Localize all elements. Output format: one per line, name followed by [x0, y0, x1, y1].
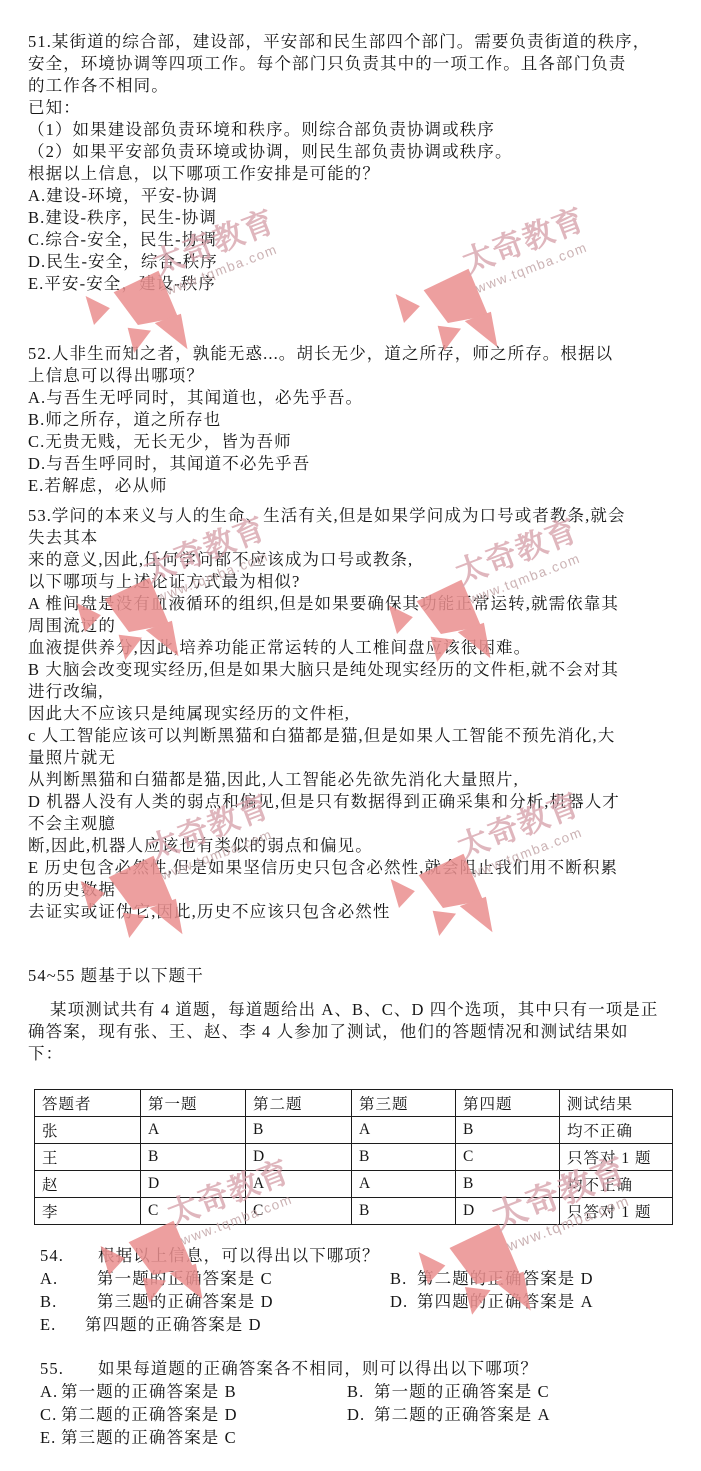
option-line: D.民生-安全，综合-秩序: [28, 251, 678, 273]
intro-line: 下：: [28, 1043, 678, 1065]
option-row: B.第三题的正确答案是 DD.第四题的正确答案是 A: [28, 1290, 678, 1313]
table-cell: B: [352, 1144, 456, 1171]
text-line: B 大脑会改变现实经历,但是如果大脑只是纯处现实经历的文件柜,就不会对其: [28, 659, 678, 681]
option-label: C.: [40, 1403, 61, 1426]
option-label: A.: [40, 1267, 97, 1290]
exam-page: 51.某街道的综合部，建设部，平安部和民生部四个部门。需要负责街道的秩序，安全，…: [0, 0, 701, 1471]
text-line: 失去其本: [28, 527, 678, 549]
option-line: B.建设-秩序，民生-协调: [28, 207, 678, 229]
table-cell: 赵: [35, 1171, 141, 1198]
text-line: 的历史数据: [28, 879, 678, 901]
option-line: A.与吾生无呼同时，其闻道也，必先乎吾。: [28, 387, 678, 409]
table-cell: B: [456, 1117, 560, 1144]
stem-line: （1）如果建设部负责环境和秩序。则综合部负责协调或秩序: [28, 119, 678, 141]
table-header-cell: 第一题: [141, 1090, 246, 1117]
option-line: D.与吾生呼同时，其闻道不必先乎吾: [28, 453, 678, 475]
table-cell: C: [141, 1198, 246, 1225]
question-number: 55.: [40, 1357, 98, 1380]
table-cell: B: [456, 1171, 560, 1198]
stem-line: 上信息可以得出哪项？: [28, 365, 678, 387]
stem-line: 52.人非生而知之者，孰能无惑...。胡长无少，道之所存，师之所存。根据以: [28, 343, 678, 365]
table-cell: 张: [35, 1117, 141, 1144]
table-row: 王BDBC只答对 1 题: [35, 1144, 673, 1171]
text-line: 断,因此,机器人应该也有类似的弱点和偏见。: [28, 835, 678, 857]
table-cell: 王: [35, 1144, 141, 1171]
question-54: 54.根据以上信息，可以得出以下哪项？A.第一题的正确答案是 CB.第二题的正确…: [28, 1244, 678, 1336]
table-row: 赵DAAB均不正确: [35, 1171, 673, 1198]
text-line: 来的意义,因此,任何学问都不应该成为口号或教条,: [28, 549, 678, 571]
table-cell: A: [352, 1117, 456, 1144]
table-header-cell: 答题者: [35, 1090, 141, 1117]
question-55: 55.如果每道题的正确答案各不相同，则可以得出以下哪项？A.第一题的正确答案是 …: [28, 1357, 678, 1449]
text-line: c 人工智能应该可以判断黑猫和白猫都是猫,但是如果人工智能不预先消化,大: [28, 725, 678, 747]
table-cell: A: [352, 1171, 456, 1198]
table-cell: D: [246, 1144, 352, 1171]
stem-line: 51.某街道的综合部，建设部，平安部和民生部四个部门。需要负责街道的秩序，: [28, 31, 678, 53]
text-line: A 椎间盘是没有血液循环的组织,但是如果要确保其功能正常运转,就需依靠其: [28, 593, 678, 615]
option-text: 第二题的正确答案是 D: [61, 1405, 238, 1424]
table-row: 张ABAB均不正确: [35, 1117, 673, 1144]
intro-line: 某项测试共有 4 道题，每道题给出 A、B、C、D 四个选项，其中只有一项是正: [28, 999, 678, 1021]
option-label: D.: [390, 1290, 417, 1313]
table-cell: 均不正确: [560, 1117, 673, 1144]
answers-table: 答题者第一题第二题第三题第四题测试结果张ABAB均不正确王BDBC只答对 1 题…: [34, 1089, 673, 1225]
text-line: 53.学问的本来义与人的生命、生活有关,但是如果学问成为口号或者教条,就会: [28, 505, 678, 527]
section-54-55-intro: 某项测试共有 4 道题，每道题给出 A、B、C、D 四个选项，其中只有一项是正确…: [28, 999, 678, 1065]
option-right-column: D.第四题的正确答案是 A: [390, 1290, 594, 1313]
question-53: 53.学问的本来义与人的生命、生活有关,但是如果学问成为口号或者教条,就会失去其…: [28, 505, 678, 923]
table-cell: A: [141, 1117, 246, 1144]
option-row: E.第四题的正确答案是 D: [28, 1313, 678, 1336]
option-text: 第一题的正确答案是 B: [61, 1382, 237, 1401]
option-label: B.: [347, 1380, 374, 1403]
question-stem-text: 如果每道题的正确答案各不相同，则可以得出以下哪项？: [98, 1359, 538, 1378]
option-row: E.第三题的正确答案是 C: [28, 1426, 678, 1449]
option-line: E.平安-安全，建设-秩序: [28, 273, 678, 295]
table-cell: B: [352, 1198, 456, 1225]
table-cell: D: [456, 1198, 560, 1225]
stem-line: （2）如果平安部负责环境或协调，则民生部负责协调或秩序。: [28, 141, 678, 163]
section-54-55-heading: 54~55 题基于以下题干: [28, 965, 678, 987]
stem-line: 的工作各不相同。: [28, 75, 678, 97]
text-line: 去证实或证伪它,因此,历史不应该只包含必然性: [28, 901, 678, 923]
table-cell: D: [141, 1171, 246, 1198]
table-header-cell: 第四题: [456, 1090, 560, 1117]
table-cell: B: [246, 1117, 352, 1144]
table-cell: 李: [35, 1198, 141, 1225]
stem-line: 55.如果每道题的正确答案各不相同，则可以得出以下哪项？: [28, 1357, 678, 1380]
option-text: 第四题的正确答案是 A: [417, 1292, 594, 1311]
option-text: 第一题的正确答案是 C: [374, 1382, 550, 1401]
table-cell: 只答对 1 题: [560, 1144, 673, 1171]
exam-content: 51.某街道的综合部，建设部，平安部和民生部四个部门。需要负责街道的秩序，安全，…: [28, 0, 678, 1449]
option-row: A.第一题的正确答案是 BB.第一题的正确答案是 C: [28, 1380, 678, 1403]
question-stem-text: 根据以上信息，可以得出以下哪项？: [98, 1246, 380, 1265]
table-cell: C: [246, 1198, 352, 1225]
option-label: A.: [40, 1380, 61, 1403]
table-cell: B: [141, 1144, 246, 1171]
question-51: 51.某街道的综合部，建设部，平安部和民生部四个部门。需要负责街道的秩序，安全，…: [28, 31, 678, 295]
table-header-row: 答题者第一题第二题第三题第四题测试结果: [35, 1090, 673, 1117]
stem-line: 安全，环境协调等四项工作。每个部门只负责其中的一项工作。且各部门负责: [28, 53, 678, 75]
answers-table-wrap: 答题者第一题第二题第三题第四题测试结果张ABAB均不正确王BDBC只答对 1 题…: [34, 1089, 678, 1225]
option-text: 第三题的正确答案是 C: [61, 1428, 237, 1447]
option-label: E.: [40, 1313, 85, 1336]
option-row: C.第二题的正确答案是 DD.第二题的正确答案是 A: [28, 1403, 678, 1426]
table-header-cell: 第三题: [352, 1090, 456, 1117]
option-label: B.: [390, 1267, 417, 1290]
table-cell: C: [456, 1144, 560, 1171]
stem-line: 已知：: [28, 97, 678, 119]
question-52: 52.人非生而知之者，孰能无惑...。胡长无少，道之所存，师之所存。根据以上信息…: [28, 343, 678, 497]
option-line: C.综合-安全，民生-协调: [28, 229, 678, 251]
text-line: 从判断黑猫和白猫都是猫,因此,人工智能必先欲先消化大量照片,: [28, 769, 678, 791]
stem-line: 54.根据以上信息，可以得出以下哪项？: [28, 1244, 678, 1267]
option-text: 第三题的正确答案是 D: [97, 1292, 274, 1311]
option-label: B.: [40, 1290, 97, 1313]
option-right-column: B.第一题的正确答案是 C: [347, 1380, 550, 1403]
text-line: 量照片就无: [28, 747, 678, 769]
option-line: E.若解虑，必从师: [28, 475, 678, 497]
text-line: E 历史包含必然性,但是如果坚信历史只包含必然性,就会阻止我们用不断积累: [28, 857, 678, 879]
question-number: 54.: [40, 1244, 98, 1267]
table-row: 李CCBD只答对 1 题: [35, 1198, 673, 1225]
option-row: A.第一题的正确答案是 CB.第二题的正确答案是 D: [28, 1267, 678, 1290]
option-right-column: B.第二题的正确答案是 D: [390, 1267, 594, 1290]
text-line: 不会主观臆: [28, 813, 678, 835]
option-label: D.: [347, 1403, 374, 1426]
option-label: E.: [40, 1426, 61, 1449]
option-line: A.建设-环境，平安-协调: [28, 185, 678, 207]
text-line: 血液提供养分,因此,培养功能正常运转的人工椎间盘应该很困难。: [28, 637, 678, 659]
table-header-cell: 第二题: [246, 1090, 352, 1117]
text-line: 因此大不应该只是纯属现实经历的文件柜,: [28, 703, 678, 725]
option-text: 第四题的正确答案是 D: [85, 1315, 262, 1334]
table-header-cell: 测试结果: [560, 1090, 673, 1117]
text-line: 以下哪项与上述论证方式最为相似?: [28, 571, 678, 593]
stem-line: 根据以上信息，以下哪项工作安排是可能的？: [28, 163, 678, 185]
table-cell: 均不正确: [560, 1171, 673, 1198]
text-line: 进行改编,: [28, 681, 678, 703]
option-line: C.无贵无贱，无长无少，皆为吾师: [28, 431, 678, 453]
text-line: D 机器人没有人类的弱点和偏见,但是只有数据得到正确采集和分析,机器人才: [28, 791, 678, 813]
table-cell: 只答对 1 题: [560, 1198, 673, 1225]
option-line: B.师之所存，道之所存也: [28, 409, 678, 431]
option-text: 第二题的正确答案是 A: [374, 1405, 551, 1424]
intro-line: 确答案，现有张、王、赵、李 4 人参加了测试，他们的答题情况和测试结果如: [28, 1021, 678, 1043]
option-text: 第一题的正确答案是 C: [97, 1269, 273, 1288]
option-text: 第二题的正确答案是 D: [417, 1269, 594, 1288]
option-right-column: D.第二题的正确答案是 A: [347, 1403, 551, 1426]
table-cell: A: [246, 1171, 352, 1198]
text-line: 周围流过的: [28, 615, 678, 637]
